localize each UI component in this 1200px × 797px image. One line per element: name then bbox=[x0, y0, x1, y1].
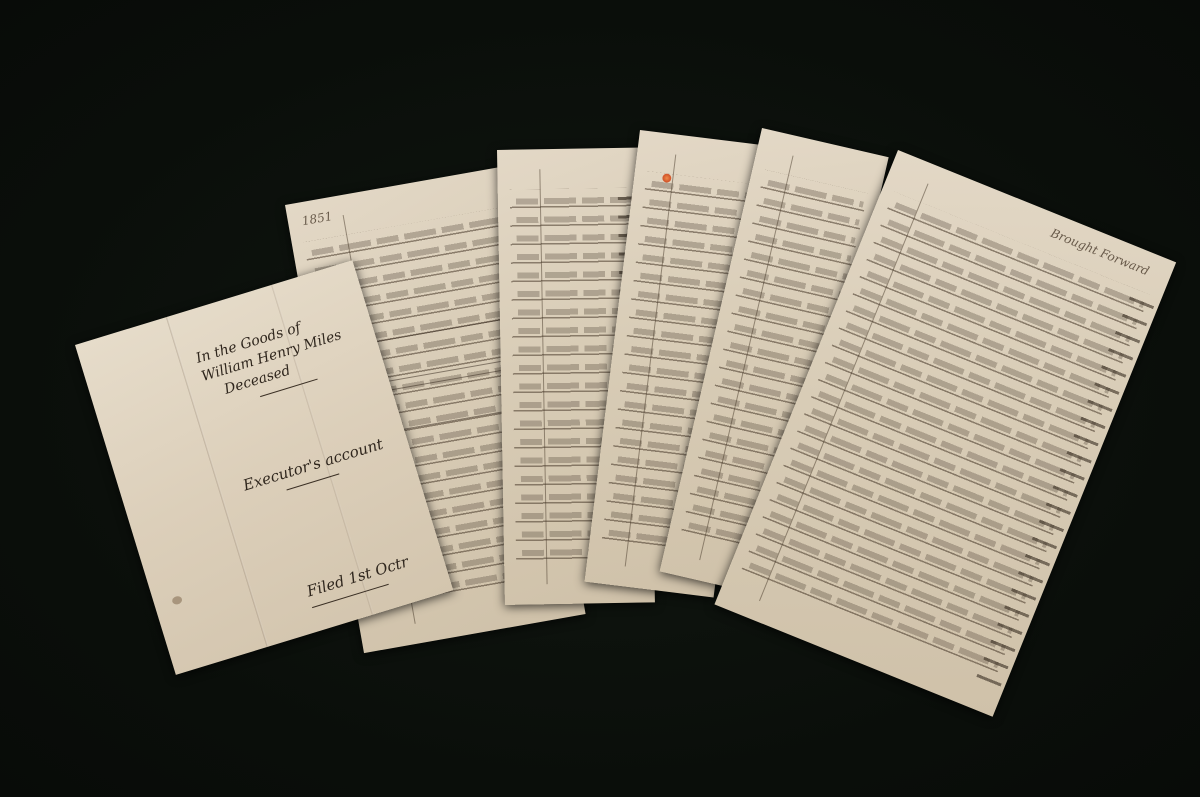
sheet-date-heading: 1851 bbox=[301, 209, 334, 228]
cover-inscription: In the Goods of William Henry Miles Dece… bbox=[194, 301, 375, 412]
paper-stain bbox=[171, 595, 183, 606]
cover-subtitle: Executor's account bbox=[241, 435, 385, 495]
